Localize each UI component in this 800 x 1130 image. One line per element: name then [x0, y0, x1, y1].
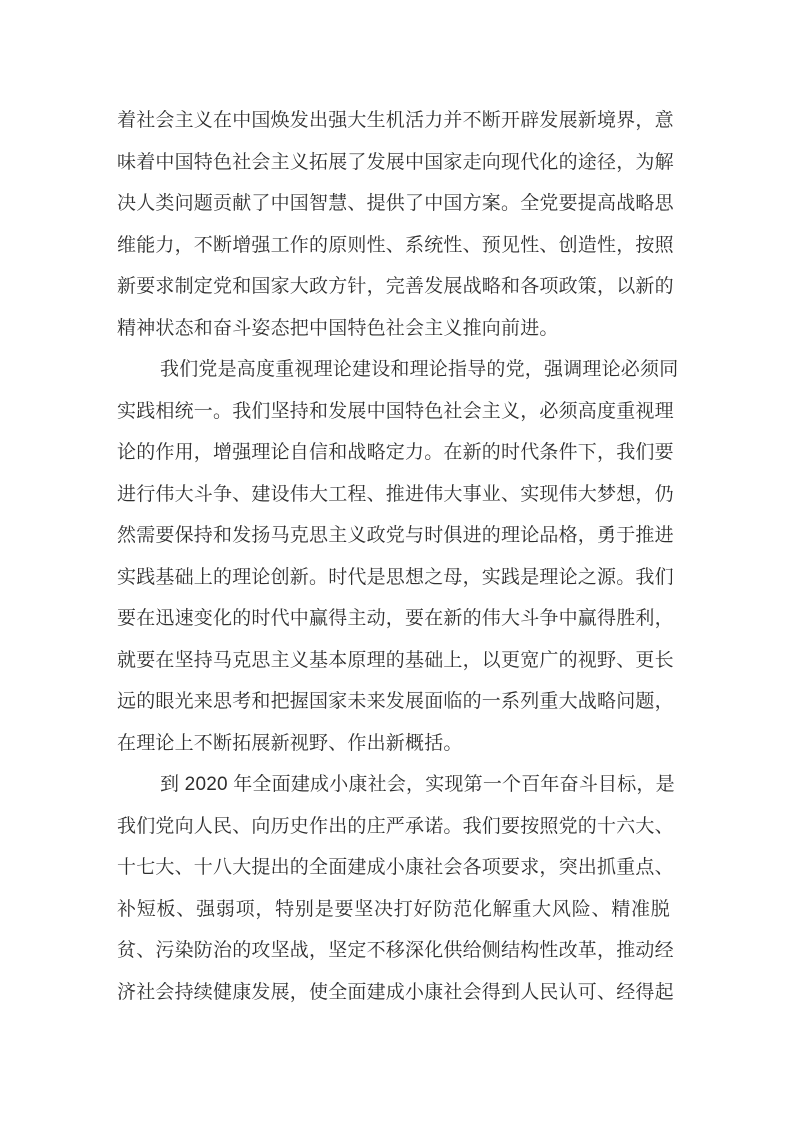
text-line: 在理论上不断拓展新视野、作出新概括。	[117, 723, 670, 765]
text-line: 实践相统一。我们坚持和发展中国特色社会主义，必须高度重视理	[117, 391, 670, 433]
text-line: 补短板、强弱项，特别是要坚决打好防范化解重大风险、精准脱	[117, 889, 670, 931]
text-line: 贫、污染防治的攻坚战，坚定不移深化供给侧结构性改革，推动经	[117, 930, 670, 972]
text-line: 维能力，不断增强工作的原则性、系统性、预见性、创造性，按照	[117, 225, 670, 267]
paragraph-3: 到 2020 年全面建成小康社会，实现第一个百年奋斗目标，是我们党向人民、向历史…	[117, 764, 670, 1013]
text-line: 就要在坚持马克思主义基本原理的基础上，以更宽广的视野、更长	[117, 640, 670, 682]
document-page: 着社会主义在中国焕发出强大生机活力并不断开辟发展新境界，意味着中国特色社会主义拓…	[0, 0, 800, 1130]
text-line: 精神状态和奋斗姿态把中国特色社会主义推向前进。	[117, 308, 670, 350]
text-line: 论的作用，增强理论自信和战略定力。在新的时代条件下，我们要	[117, 432, 670, 474]
paragraph-2: 我们党是高度重视理论建设和理论指导的党，强调理论必须同实践相统一。我们坚持和发展…	[117, 349, 670, 764]
text-line: 进行伟大斗争、建设伟大工程、推进伟大事业、实现伟大梦想，仍	[117, 474, 670, 516]
text-line: 我们党是高度重视理论建设和理论指导的党，强调理论必须同	[117, 349, 670, 391]
text-line: 决人类问题贡献了中国智慧、提供了中国方案。全党要提高战略思	[117, 183, 670, 225]
text-line: 济社会持续健康发展，使全面建成小康社会得到人民认可、经得起	[117, 972, 670, 1014]
document-text-block: 着社会主义在中国焕发出强大生机活力并不断开辟发展新境界，意味着中国特色社会主义拓…	[117, 100, 670, 1013]
paragraph-1: 着社会主义在中国焕发出强大生机活力并不断开辟发展新境界，意味着中国特色社会主义拓…	[117, 100, 670, 349]
text-line: 远的眼光来思考和把握国家未来发展面临的一系列重大战略问题，	[117, 681, 670, 723]
text-line: 要在迅速变化的时代中赢得主动，要在新的伟大斗争中赢得胜利，	[117, 598, 670, 640]
text-line: 然需要保持和发扬马克思主义政党与时俱进的理论品格，勇于推进	[117, 515, 670, 557]
text-line: 实践基础上的理论创新。时代是思想之母，实践是理论之源。我们	[117, 557, 670, 599]
text-line: 味着中国特色社会主义拓展了发展中国家走向现代化的途径，为解	[117, 142, 670, 184]
text-line: 到 2020 年全面建成小康社会，实现第一个百年奋斗目标，是	[117, 764, 670, 806]
text-line: 十七大、十八大提出的全面建成小康社会各项要求，突出抓重点、	[117, 847, 670, 889]
text-line: 新要求制定党和国家大政方针，完善发展战略和各项政策，以新的	[117, 266, 670, 308]
text-line: 我们党向人民、向历史作出的庄严承诺。我们要按照党的十六大、	[117, 806, 670, 848]
text-line: 着社会主义在中国焕发出强大生机活力并不断开辟发展新境界，意	[117, 100, 670, 142]
